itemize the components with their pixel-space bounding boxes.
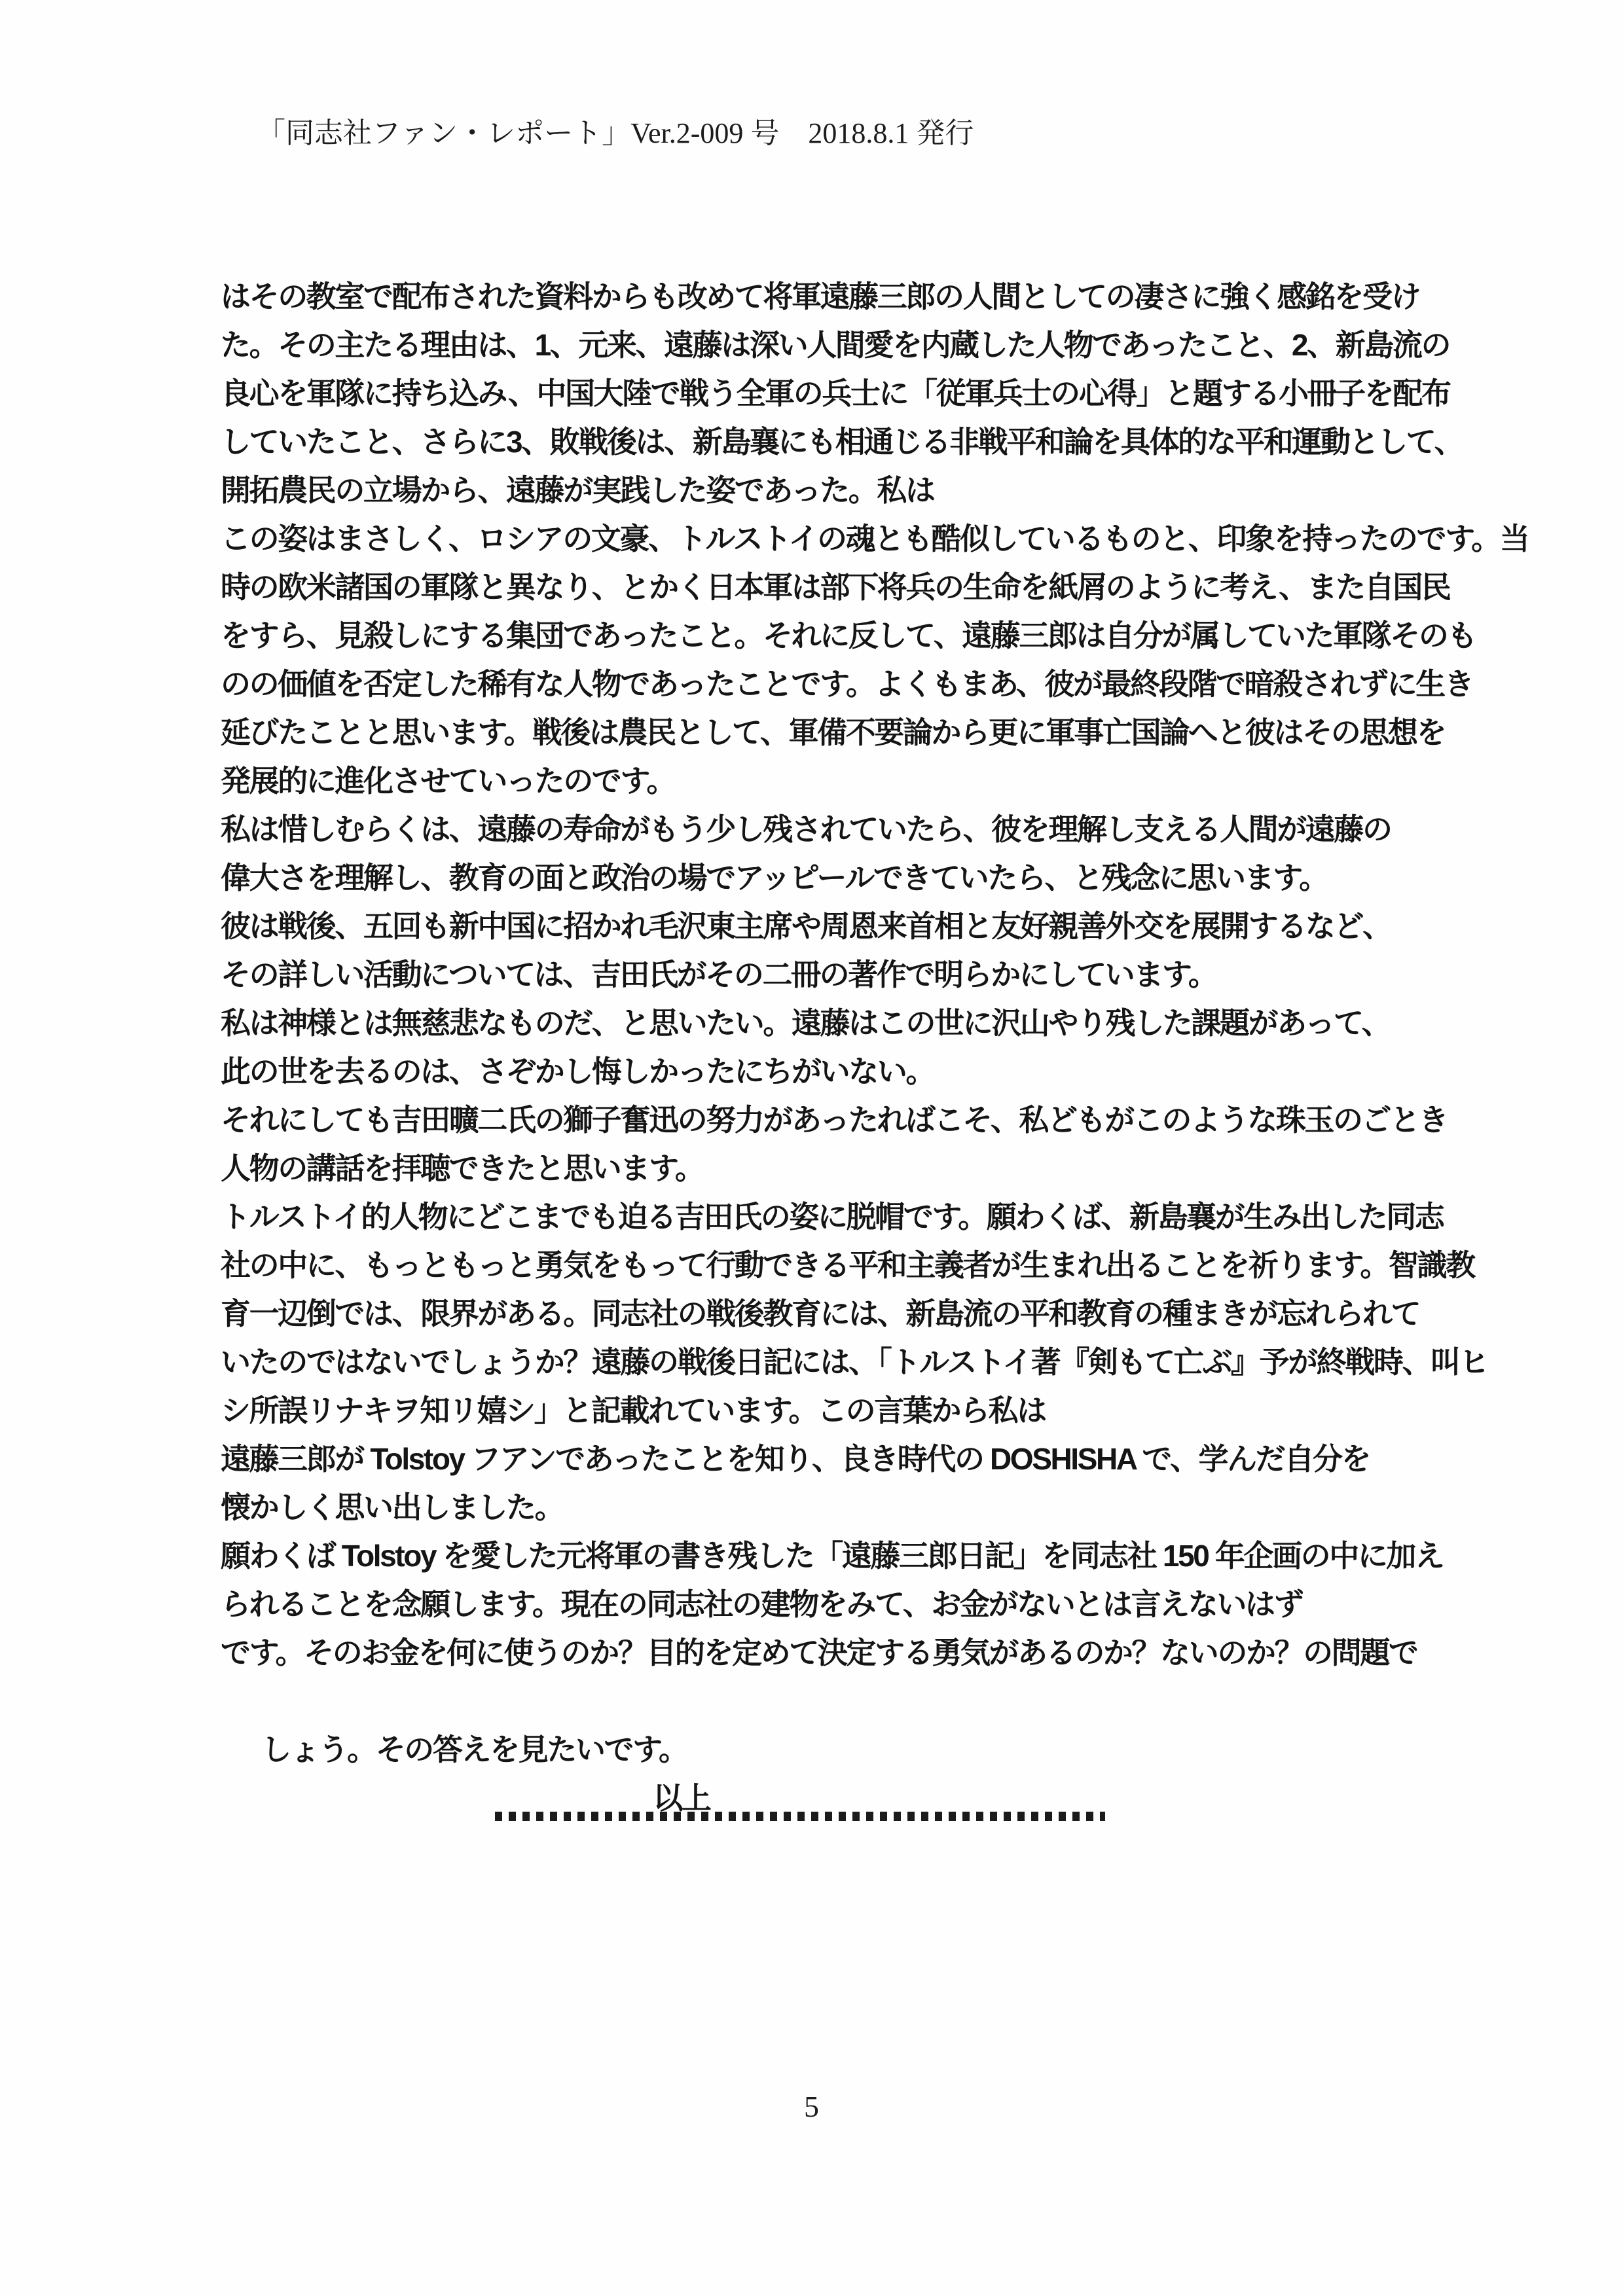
body-line: た。その主たる理由は、1、元来、遠藤は深い人間愛を内蔵した人物であったこと、2、… xyxy=(221,321,1432,369)
body-line: この姿はまさしく、ロシアの文豪、トルストイの魂とも酷似しているものと、印象を持っ… xyxy=(221,514,1432,563)
body-line: のの価値を否定した稀有な人物であったことです。よくもまあ、彼が最終段階で暗殺され… xyxy=(221,660,1432,708)
body-line: 延びたことと思います。戦後は農民として、軍備不要論から更に軍事亡国論へと彼はその… xyxy=(221,708,1432,757)
body-line: です。そのお金を何に使うのか？目的を定めて決定する勇気があるのか？ないのか？の問… xyxy=(221,1628,1432,1677)
report-header: 「同志社ファン・レポート」Ver.2-009 号 2018.8.1 発行 xyxy=(257,115,974,152)
body-line: それにしても吉田曠二氏の獅子奮迅の努力があったればこそ、私どもがこのような珠玉の… xyxy=(221,1096,1432,1144)
body-line: 発展的に進化させていったのです。 xyxy=(221,757,1432,805)
body-line: 懐かしく思い出しました。 xyxy=(221,1483,1432,1532)
body-line: 偉大さを理解し、教育の面と政治の場でアッピールできていたら、と残念に思います。 xyxy=(221,853,1432,902)
body-last-line: しょう。その答えを見たいです。 以上 xyxy=(221,1677,1432,1871)
document-page: 「同志社ファン・レポート」Ver.2-009 号 2018.8.1 発行 はその… xyxy=(0,0,1623,2296)
body-line: シ所誤リナキヲ知リ嬉シ」と記載れています。この言葉から私は xyxy=(221,1386,1432,1435)
body-line: 遠藤三郎が Tolstoy フアンであったことを知り、良き時代の DOSHISH… xyxy=(221,1435,1432,1483)
body-line: 人物の講話を拝聴できたと思います。 xyxy=(221,1144,1432,1193)
dotted-divider xyxy=(495,1812,1105,1821)
body-line: 開拓農民の立場から、遠藤が実践した姿であった。私は xyxy=(221,466,1432,514)
body-line: 願わくば Tolstoy を愛した元将軍の書き残した「遠藤三郎日記」を同志社 1… xyxy=(221,1532,1432,1580)
last-line-text: しょう。その答えを見たいです。 xyxy=(261,1732,687,1767)
page-number: 5 xyxy=(0,2089,1623,2124)
body-line: 此の世を去るのは、さぞかし悔しかったにちがいない。 xyxy=(221,1047,1432,1096)
body-line: していたこと、さらに3、敗戦後は、新島襄にも相通じる非戦平和論を具体的な平和運動… xyxy=(221,418,1432,466)
body-line: トルストイ的人物にどこまでも迫る吉田氏の姿に脱帽です。願わくば、新島襄が生み出し… xyxy=(221,1193,1432,1241)
body-line: その詳しい活動については、吉田氏がその二冊の著作で明らかにしています。 xyxy=(221,950,1432,999)
body-line: 育一辺倒では、限界がある。同志社の戦後教育には、新島流の平和教育の種まきが忘れら… xyxy=(221,1289,1432,1338)
body-line: 私は惜しむらくは、遠藤の寿命がもう少し残されていたら、彼を理解し支える人間が遠藤… xyxy=(221,805,1432,853)
body-line: をすら、見殺しにする集団であったこと。それに反して、遠藤三郎は自分が属していた軍… xyxy=(221,611,1432,660)
body-line: はその教室で配布された資料からも改めて将軍遠藤三郎の人間としての凄さに強く感銘を… xyxy=(221,272,1432,321)
body-line: いたのではないでしょうか？遠藤の戦後日記には、「トルストイ著『剣もて亡ぶ』予が終… xyxy=(221,1338,1432,1386)
body-line: 社の中に、もっともっと勇気をもって行動できる平和主義者が生まれ出ることを祈ります… xyxy=(221,1241,1432,1289)
body-line: 時の欧米諸国の軍隊と異なり、とかく日本軍は部下将兵の生命を紙屑のように考え、また… xyxy=(221,563,1432,611)
body-line: 私は神様とは無慈悲なものだ、と思いたい。遠藤はこの世に沢山やり残した課題があって… xyxy=(221,999,1432,1047)
body-line: 良心を軍隊に持ち込み、中国大陸で戦う全軍の兵士に「従軍兵士の心得」と題する小冊子… xyxy=(221,369,1432,418)
body-text: はその教室で配布された資料からも改めて将軍遠藤三郎の人間としての凄さに強く感銘を… xyxy=(221,272,1432,1871)
body-line: 彼は戦後、五回も新中国に招かれ毛沢東主席や周恩来首相と友好親善外交を展開するなど… xyxy=(221,902,1432,950)
body-line: られることを念願します。現在の同志社の建物をみて、お金がないとは言えないはず xyxy=(221,1580,1432,1628)
